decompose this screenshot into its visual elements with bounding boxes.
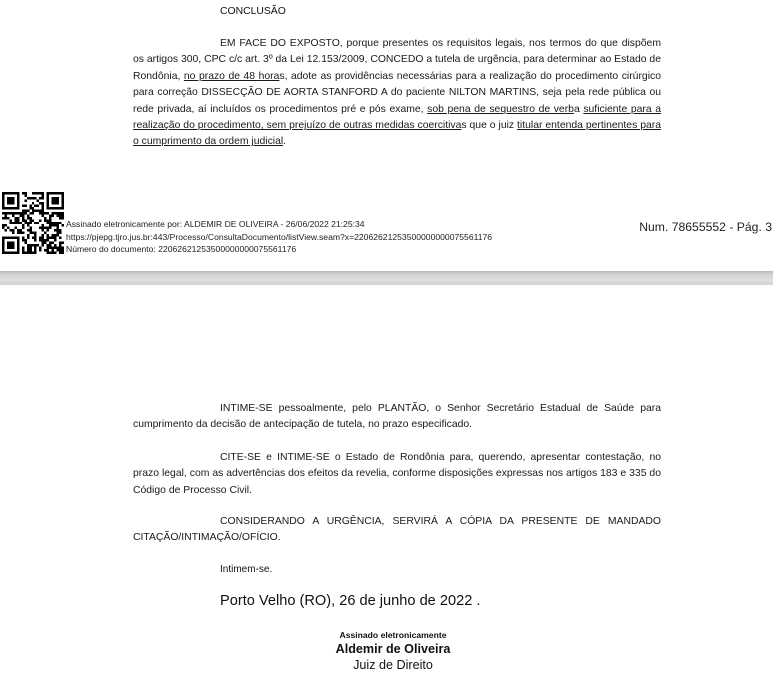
electronic-signature-info: Assinado eletronicamente por: ALDEMIR DE… [66, 218, 492, 256]
text-segment: s que o juiz [461, 120, 517, 131]
signature-block: Assinado eletronicamente Aldemir de Oliv… [300, 629, 486, 673]
signature-label: Assinado eletronicamente [300, 629, 486, 641]
underlined-text: no prazo de 48 hora [184, 71, 279, 82]
underlined-text: sob pena de sequestro de verb [427, 104, 574, 115]
signed-by-text: Assinado eletronicamente por: ALDEMIR DE… [66, 218, 492, 231]
paragraph-urgencia: CONSIDERANDO A URGÊNCIA, SERVIRÁ A CÓPIA… [133, 514, 661, 547]
page-separator [0, 271, 773, 285]
paragraph-text: CITE-SE e INTIME-SE o Estado de Rondônia… [133, 450, 661, 499]
document-page-4: INTIME-SE pessoalmente, pelo PLANTÃO, o … [0, 285, 776, 679]
paragraph-text: CONSIDERANDO A URGÊNCIA, SERVIRÁ A CÓPIA… [133, 514, 661, 547]
qr-code-icon[interactable] [2, 192, 64, 254]
signer-title: Juiz de Direito [300, 657, 486, 673]
text-segment: . [283, 136, 286, 147]
conclusion-text: EM FACE DO EXPOSTO, porque presentes os … [133, 36, 661, 151]
page-number: Num. 78655552 - Pág. 3 [639, 220, 772, 234]
paragraph-cite: CITE-SE e INTIME-SE o Estado de Rondônia… [133, 450, 661, 499]
section-heading: CONCLUSÃO [220, 5, 286, 19]
paragraph-text: INTIME-SE pessoalmente, pelo PLANTÃO, o … [133, 401, 661, 434]
city-date: Porto Velho (RO), 26 de junho de 2022 . [220, 593, 480, 609]
signer-name: Aldemir de Oliveira [300, 641, 486, 657]
document-number: Número do documento: 2206262125350000000… [66, 243, 492, 256]
paragraph-intime: INTIME-SE pessoalmente, pelo PLANTÃO, o … [133, 401, 661, 434]
conclusion-paragraph: EM FACE DO EXPOSTO, porque presentes os … [133, 36, 661, 151]
document-page-3: CONCLUSÃO EM FACE DO EXPOSTO, porque pre… [0, 0, 776, 271]
closing-text: Intimem-se. [220, 564, 272, 575]
text-segment: a [574, 104, 583, 115]
document-url[interactable]: https://pjepg.tjro.jus.br:443/Processo/C… [66, 231, 492, 244]
